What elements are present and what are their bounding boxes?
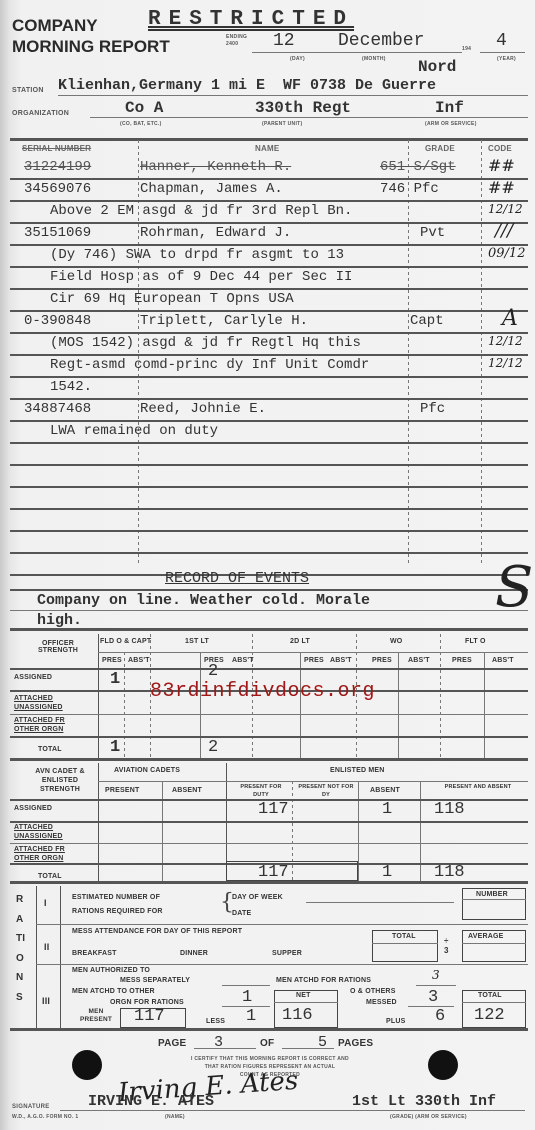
enlisted-total-pfd: 117 <box>258 863 289 882</box>
mess-separately-label: MESS SEPARATELY <box>120 977 190 984</box>
enlisted-assigned-pa: 118 <box>434 800 465 819</box>
sub-abst: ABS'T <box>408 657 430 664</box>
col-cadet-absent: ABSENT <box>172 787 202 794</box>
number-label: NUMBER <box>476 891 508 898</box>
less-value: 1 <box>246 1007 256 1026</box>
code-mark: ## <box>488 178 515 197</box>
sub-abst: ABS'T <box>330 657 352 664</box>
less-label: LESS <box>206 1018 225 1025</box>
pages-label: PAGES <box>338 1038 373 1049</box>
grade: 746 Pfc <box>380 181 439 197</box>
net-label: NET <box>296 992 311 999</box>
roster-row: 1542. <box>10 376 528 400</box>
roster-row-blank <box>10 530 528 554</box>
organization-label: ORGANIZATION <box>12 110 69 117</box>
officer-group-flt-o: FLT O <box>465 638 486 645</box>
serial-number: 31224199 <box>24 159 91 175</box>
morning-report-page: COMPANY RESTRICTED MORNING REPORT ENDING… <box>0 0 535 1130</box>
section-ii: II <box>44 942 49 952</box>
men-authorized-label: MEN AUTHORIZED TO <box>72 967 150 974</box>
serial-number: 34887468 <box>24 401 91 417</box>
station-label: STATION <box>12 87 44 94</box>
soldier-name: Reed, Johnie E. <box>140 401 266 417</box>
org-company: Co A <box>125 99 163 117</box>
plus-value: 6 <box>435 1007 445 1026</box>
soldier-name: Hanner, Kenneth R. <box>140 159 291 175</box>
messed-label: MESSED <box>366 999 397 1006</box>
form-title-company: COMPANY <box>12 16 98 36</box>
code-mark: /// <box>495 220 513 241</box>
serial-number: 35151069 <box>24 225 91 241</box>
watermark-text: 83rdinfdivdocs.org <box>150 680 375 703</box>
roster-remark: Regt-asmd comd-princ dy Inf Unit Comdr <box>50 357 369 373</box>
men-atchd-other-value: 1 <box>242 988 252 1007</box>
roster-row: (MOS 1542) asgd & jd fr Regtl Hq this 12… <box>10 332 528 356</box>
page-label: PAGE <box>158 1038 186 1049</box>
page-number: 3 <box>214 1034 223 1051</box>
year-prefix: 194 <box>462 46 471 52</box>
roster-row-blank <box>10 486 528 510</box>
breakfast-label: BREAKFAST <box>72 950 117 957</box>
grade: Capt <box>410 313 444 329</box>
rations-estimated-label: ESTIMATED NUMBER OF <box>72 894 160 901</box>
roster-row: (Dy 746) SWA to drpd fr asgmt to 13 09/1… <box>10 244 528 268</box>
enlisted-strength-table: AVN CADET & ENLISTED STRENGTH AVIATION C… <box>10 763 528 885</box>
punch-hole-right <box>428 1050 458 1080</box>
column-serial-number: SERIAL NUMBER <box>22 144 91 153</box>
record-of-events-title: RECORD OF EVENTS <box>165 570 309 587</box>
report-day: 12 <box>273 31 295 51</box>
roster-row: 31224199 Hanner, Kenneth R. 651 S/Sgt ## <box>10 156 528 180</box>
roster-row-blank <box>10 464 528 488</box>
roster-row: 0-390848 Triplett, Carlyle H. Capt A <box>10 310 528 334</box>
net-value: 116 <box>282 1006 313 1025</box>
org-arm: Inf <box>435 99 464 117</box>
ending-label: ENDING 2400 <box>226 34 250 48</box>
officer-assigned-fld-pres: 1 <box>110 670 120 689</box>
rations-side-label: RATIONS <box>16 890 26 1007</box>
men-present-value: 117 <box>134 1007 165 1026</box>
record-of-events-line1: Company on line. Weather cold. Morale <box>37 592 370 609</box>
roster-row: Regt-asmd comd-princ dy Inf Unit Comdr 1… <box>10 354 528 378</box>
grade-caption: (GRADE) (ARM OR SERVICE) <box>390 1114 467 1120</box>
grade: Pvt <box>420 225 445 241</box>
record-of-events-line2: high. <box>37 612 82 629</box>
sub-pres: PRES <box>372 657 392 664</box>
roster-row: 34569076 Chapman, James A. 746 Pfc ## <box>10 178 528 202</box>
sub-pres: PRES <box>304 657 324 664</box>
rations-total-value: 122 <box>474 1006 505 1025</box>
enlisted-total-pa: 118 <box>434 863 465 882</box>
month-caption: (MONTH) <box>362 56 386 62</box>
grade: Pfc <box>420 401 445 417</box>
col-present-for-duty: PRESENT FOR DUTY <box>234 783 288 799</box>
signer-grade: 1st Lt 330th Inf <box>352 1093 496 1110</box>
col-present-not-for-duty: PRESENT NOT FOR DY <box>298 783 354 799</box>
col-enlisted-absent: ABSENT <box>370 787 400 794</box>
sub-abst: ABS'T <box>232 657 254 664</box>
serial-number: 34569076 <box>24 181 91 197</box>
roster-row-blank <box>10 508 528 532</box>
roster-remark: LWA remained on duty <box>50 423 218 439</box>
row-total: TOTAL <box>38 746 62 753</box>
name-caption: (NAME) <box>165 1114 185 1120</box>
plus-label: PLUS <box>386 1018 405 1025</box>
year-caption: (YEAR) <box>497 56 516 62</box>
officer-total-fld-pres: 1 <box>110 738 120 757</box>
org-caption-unit: (CO, BAT, ETC.) <box>120 121 162 127</box>
roster-row: 35151069 Rohrman, Edward J. Pvt /// <box>10 222 528 246</box>
divide-by-three: ÷ 3 <box>444 936 452 956</box>
roster-remark: (MOS 1542) asgd & jd fr Regtl Hq this <box>50 335 361 351</box>
rations-section: RATIONS I ESTIMATED NUMBER OF RATIONS RE… <box>10 886 528 1031</box>
soldier-name: Triplett, Carlyle H. <box>140 313 308 329</box>
roster-remark: Cir 69 Hq European T Opns USA <box>50 291 294 307</box>
roster-row-blank <box>10 442 528 466</box>
serial-number: 0-390848 <box>24 313 91 329</box>
page-total: 5 <box>318 1034 327 1051</box>
men-atchd-for-rations-label: MEN ATCHD FOR RATIONS <box>276 977 371 984</box>
roster-remark: Field Hosp as of 9 Dec 44 per Sec II <box>50 269 352 285</box>
sub-abst: ABS'T <box>492 657 514 664</box>
signature-label: SIGNATURE <box>12 1104 50 1110</box>
enlisted-assigned-pfd: 117 <box>258 800 289 819</box>
code-mark: 12/12 <box>488 356 523 370</box>
col-present-and-absent: PRESENT AND ABSENT <box>438 783 518 791</box>
officer-group-1st-lt: 1ST LT <box>185 638 209 645</box>
dinner-label: DINNER <box>180 950 208 957</box>
certify-line-1: I CERTIFY THAT THIS MORNING REPORT IS CO… <box>150 1055 390 1063</box>
o-others-value: 3 <box>428 988 438 1007</box>
code-mark: 09/12 <box>488 246 525 261</box>
column-code: CODE <box>488 144 512 153</box>
column-grade: GRADE <box>425 144 455 153</box>
row-attached-unassigned: ATTACHED UNASSIGNED <box>14 823 74 841</box>
report-month: December <box>338 31 424 51</box>
supper-label: SUPPER <box>272 950 302 957</box>
mess-total-label: TOTAL <box>392 933 416 940</box>
form-number: W.D., A.G.O. FORM NO. 1 <box>12 1114 78 1120</box>
org-caption-arm: (ARM OR SERVICE) <box>425 121 477 127</box>
roster-remark: (Dy 746) SWA to drpd fr asgmt to 13 <box>50 247 344 263</box>
roster-row: Cir 69 Hq European T Opns USA <box>10 288 528 312</box>
org-caption-parent: (PARENT UNIT) <box>262 121 302 127</box>
row-attached-other: ATTACHED FR OTHER ORGN <box>14 845 74 863</box>
roster-row: 34887468 Reed, Johnie E. Pfc <box>10 398 528 422</box>
org-parent: 330th Regt <box>255 99 351 117</box>
group-enlisted-men: ENLISTED MEN <box>330 767 385 774</box>
station-value: Klienhan,Germany 1 mi E WF 0738 De Guerr… <box>58 77 436 94</box>
punch-hole-left <box>72 1050 102 1080</box>
row-attached-other: ATTACHED FR OTHER ORGN <box>14 716 74 734</box>
roster-remark: 1542. <box>50 379 92 395</box>
rations-required-label: RATIONS REQUIRED FOR <box>72 908 163 915</box>
orgn-for-rations-label: ORGN FOR RATIONS <box>110 999 184 1006</box>
of-label: OF <box>260 1038 274 1049</box>
code-mark: A <box>502 306 518 331</box>
day-of-week-label: DAY OF WEEK <box>232 894 283 901</box>
officer-assigned-1st-pres: 2 <box>208 662 218 681</box>
report-year: 4 <box>496 31 507 51</box>
roster-row: LWA remained on duty <box>10 420 528 444</box>
code-mark: 12/12 <box>488 334 523 348</box>
roster-remark: Above 2 EM asgd & jd fr 3rd Repl Bn. <box>50 203 352 219</box>
row-total: TOTAL <box>38 873 62 880</box>
officer-group-wo: WO <box>390 638 402 645</box>
row-assigned: ASSIGNED <box>14 805 52 812</box>
roster-row: Field Hosp as of 9 Dec 44 per Sec II <box>10 266 528 290</box>
enlisted-total-absent: 1 <box>382 863 392 882</box>
mess-attendance-label: MESS ATTENDANCE FOR DAY OF THIS REPORT <box>72 928 242 935</box>
rations-total-label: TOTAL <box>478 992 502 999</box>
average-label: AVERAGE <box>468 933 504 940</box>
station-extra: Nord <box>418 58 456 76</box>
sub-abst: ABS'T <box>128 657 150 664</box>
column-name: NAME <box>255 144 279 153</box>
officer-group-2d-lt: 2D LT <box>290 638 310 645</box>
officer-strength-title: OFFICER STRENGTH <box>28 640 88 654</box>
sub-pres: PRES <box>102 657 122 664</box>
date-label: DATE <box>232 910 251 917</box>
men-present-label: MEN PRESENT <box>76 1008 116 1024</box>
sub-pres: PRES <box>452 657 472 664</box>
officer-group-fld-o-capt: FLD O & CAPT <box>100 638 160 645</box>
row-attached-unassigned: ATTACHED UNASSIGNED <box>14 694 74 712</box>
enlisted-assigned-absent: 1 <box>382 800 392 819</box>
signer-name: IRVING E. ATES <box>88 1093 214 1110</box>
form-title-morning-report: MORNING REPORT <box>12 37 170 57</box>
row-assigned: ASSIGNED <box>14 674 52 681</box>
col-cadet-present: PRESENT <box>105 787 139 794</box>
soldier-name: Chapman, James A. <box>140 181 283 197</box>
men-atchd-for-rations-value: 3 <box>432 968 440 982</box>
code-mark: 12/12 <box>488 202 523 216</box>
group-aviation-cadets: AVIATION CADETS <box>114 767 180 774</box>
enlisted-strength-title: AVN CADET & ENLISTED STRENGTH <box>22 767 98 794</box>
roster-row: Above 2 EM asgd & jd fr 3rd Repl Bn. 12/… <box>10 200 528 224</box>
o-others-label: O & OTHERS <box>350 988 396 995</box>
section-i: I <box>44 898 47 908</box>
men-atchd-other-label: MEN ATCHD TO OTHER <box>72 988 155 995</box>
day-caption: (DAY) <box>290 56 305 62</box>
code-mark: ## <box>488 156 515 175</box>
soldier-name: Rohrman, Edward J. <box>140 225 291 241</box>
section-iii: III <box>42 996 50 1006</box>
classification-stamp: RESTRICTED <box>148 8 354 31</box>
officer-total-1st-pres: 2 <box>208 738 218 757</box>
grade: 651 S/Sgt <box>380 159 456 175</box>
